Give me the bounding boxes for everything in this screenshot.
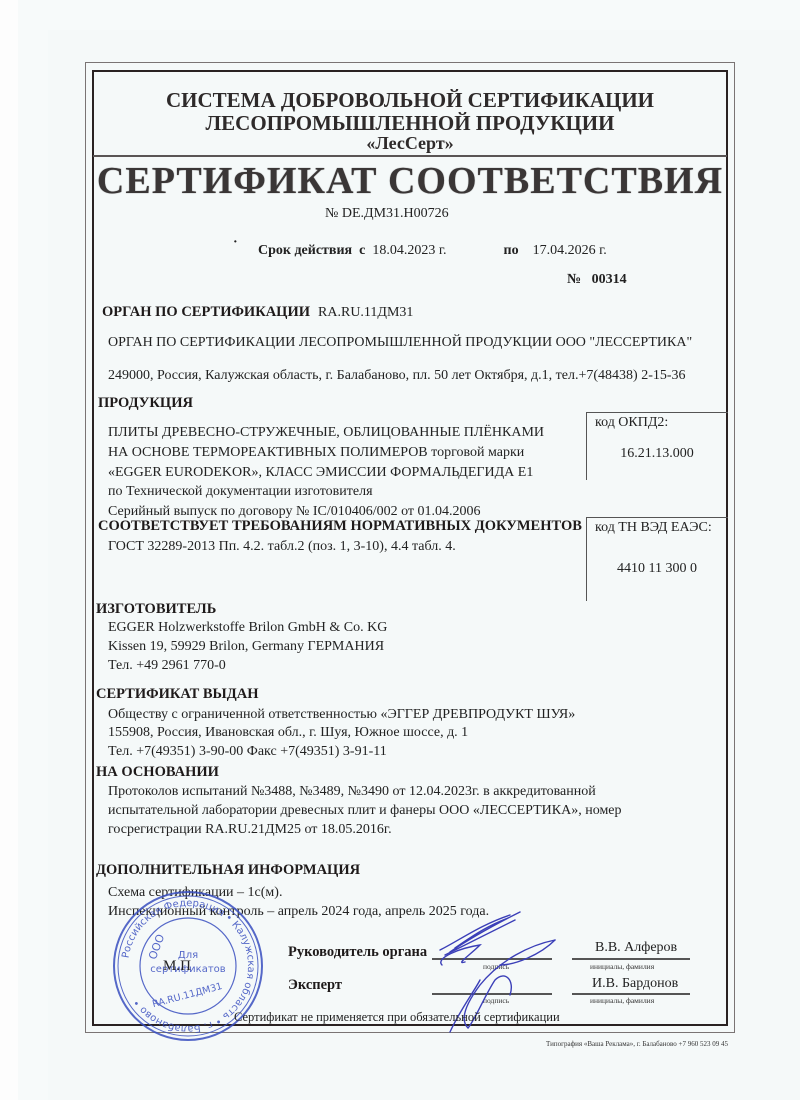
product-line: «EGGER EURODEKOR», КЛАСС ЭМИССИИ ФОРМАЛЬ… — [108, 465, 533, 481]
stray-dot: · — [233, 235, 238, 251]
system-name: «ЛесСерт» — [92, 133, 728, 153]
validity-period: Срок действия с 18.04.2023 г. по 17.04.2… — [258, 243, 607, 259]
manufacturer-line: Kissen 19, 59929 Brilon, Germany ГЕРМАНИ… — [108, 639, 384, 655]
system-title-line2: ЛЕСОПРОМЫШЛЕННОЙ ПРОДУКЦИИ — [92, 111, 728, 135]
header-divider — [93, 155, 727, 157]
product-line: ПЛИТЫ ДРЕВЕСНО-СТРУЖЕЧНЫЕ, ОБЛИЦОВАННЫЕ … — [108, 425, 544, 441]
compliance-standard: ГОСТ 32289-2013 Пп. 4.2. табл.2 (поз. 1,… — [108, 539, 456, 555]
certification-body-heading: ОРГАН ПО СЕРТИФИКАЦИИ — [102, 304, 310, 320]
svg-text:RA.RU.11ДМ31: RA.RU.11ДМ31 — [151, 981, 223, 1010]
printer-info: Типография «Ваша Реклама», г. Балабаново… — [546, 1040, 728, 1048]
manufacturer-line: Тел. +49 2961 770-0 — [108, 658, 226, 674]
tnved-label: код ТН ВЭД ЕАЭС: — [595, 520, 712, 536]
system-title-line1: СИСТЕМА ДОБРОВОЛЬНОЙ СЕРТИФИКАЦИИ — [92, 88, 728, 112]
seal-label: М.П — [163, 958, 191, 975]
issued-to-heading: СЕРТИФИКАТ ВЫДАН — [96, 686, 259, 703]
okpd2-box: код ОКПД2: 16.21.13.000 — [586, 412, 728, 480]
manufacturer-heading: ИЗГОТОВИТЕЛЬ — [96, 601, 216, 618]
expert-name-caption: инициалы, фамилия — [590, 996, 654, 1005]
document-title: СЕРТИФИКАТ СООТВЕТСТВИЯ — [92, 158, 728, 204]
certification-body-heading-row: ОРГАН ПО СЕРТИФИКАЦИИ RA.RU.11ДМ31 — [102, 303, 413, 321]
svg-text:ООО: ООО — [146, 932, 167, 961]
tnved-box: код ТН ВЭД ЕАЭС: 4410 11 300 0 — [586, 517, 728, 601]
basis-heading: НА ОСНОВАНИИ — [96, 764, 219, 781]
okpd2-value: 16.21.13.000 — [587, 446, 727, 462]
certification-body-code: RA.RU.11ДМ31 — [318, 305, 413, 320]
basis-line: Протоколов испытаний №3488, №3489, №3490… — [108, 784, 596, 800]
blank-number-value: 00314 — [592, 272, 627, 287]
valid-from: 18.04.2023 г. — [372, 243, 446, 258]
blank-number: № 00314 — [567, 272, 627, 288]
certificate-number-value: DE.ДМ31.Н00726 — [342, 206, 449, 221]
expert-name-line — [572, 993, 690, 995]
expert-name: И.В. Бардонов — [592, 976, 678, 992]
basis-line: испытательной лаборатории древесных плит… — [108, 803, 622, 819]
head-name: В.В. Алферов — [595, 940, 677, 956]
blank-number-sign: № — [567, 272, 581, 287]
compliance-heading: СООТВЕТСТВУЕТ ТРЕБОВАНИЯМ НОРМАТИВНЫХ ДО… — [98, 518, 582, 535]
additional-info-heading: ДОПОЛНИТЕЛЬНАЯ ИНФОРМАЦИЯ — [96, 862, 360, 879]
to-label: по — [504, 243, 519, 258]
scan-edge — [0, 0, 18, 1100]
manufacturer-line: EGGER Holzwerkstoffe Brilon GmbH & Co. K… — [108, 620, 387, 636]
okpd2-label: код ОКПД2: — [595, 415, 668, 431]
from-label: с — [359, 243, 365, 258]
issued-to-line: Тел. +7(49351) 3-90-00 Факс +7(49351) 3-… — [108, 744, 387, 760]
head-name-caption: инициалы, фамилия — [590, 962, 654, 971]
issued-to-line: Обществу с ограниченной ответственностью… — [108, 707, 575, 723]
footer-note: Сертификат не применяется при обязательн… — [234, 1010, 560, 1025]
product-heading: ПРОДУКЦИЯ — [98, 395, 193, 412]
product-line: по Технической документации изготовителя — [108, 484, 373, 500]
expert-label: Эксперт — [288, 977, 342, 994]
tnved-value: 4410 11 300 0 — [587, 561, 727, 577]
issued-to-line: 155908, Россия, Ивановская обл., г. Шуя,… — [108, 725, 468, 741]
validity-label: Срок действия — [258, 243, 352, 258]
certification-body-name: ОРГАН ПО СЕРТИФИКАЦИИ ЛЕСОПРОМЫШЛЕННОЙ П… — [108, 335, 692, 351]
number-sign: № — [325, 206, 338, 221]
product-line: НА ОСНОВЕ ТЕРМОРЕАКТИВНЫХ ПОЛИМЕРОВ торг… — [108, 445, 524, 461]
head-name-line — [572, 958, 690, 960]
certification-body-address: 249000, Россия, Калужская область, г. Ба… — [108, 368, 686, 384]
valid-to: 17.04.2026 г. — [533, 243, 607, 258]
certificate-number: № DE.ДМ31.Н00726 — [325, 206, 449, 222]
head-label: Руководитель органа — [288, 944, 427, 961]
basis-line: госрегистрации RA.RU.21ДМ25 от 18.05.201… — [108, 822, 392, 838]
